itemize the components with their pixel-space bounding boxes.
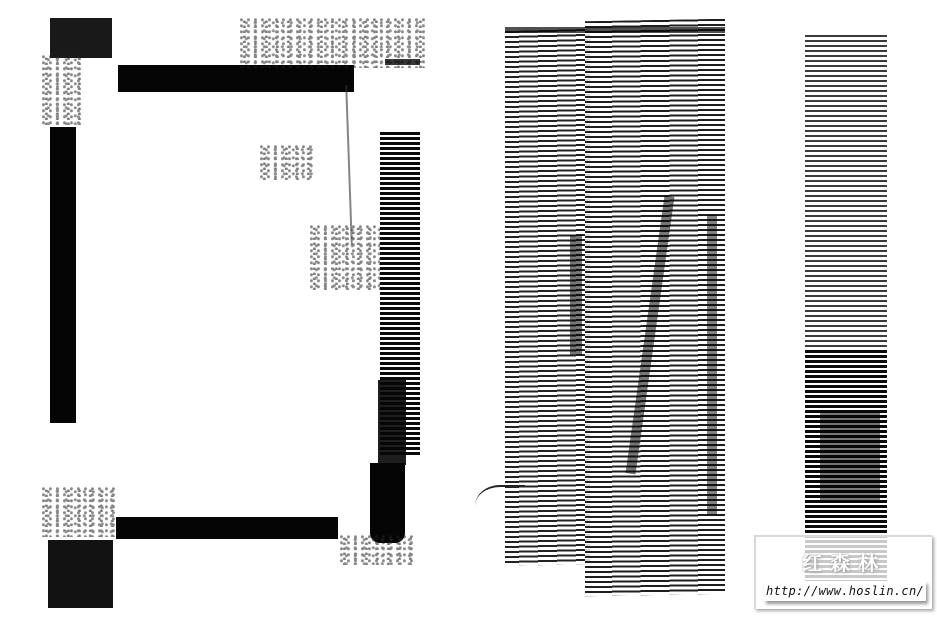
watermark-title: 红森林 [756,547,932,576]
vertical-tape-strip [800,30,890,590]
frame-center-smudge-2 [310,225,380,290]
tape-frame [40,15,425,610]
frame-bottom-bar [116,517,338,539]
frame-right-bar-lower [378,380,406,465]
crumpled-tape-strips [475,15,730,600]
frame-scratch-line [345,85,353,245]
frame-corner-top-left-grunge [42,55,82,125]
narrow-strip-dark-band [820,410,880,500]
frame-corner-bottom-right-grunge [340,535,415,565]
watermark-url: http://www.hoslin.cn/ [764,581,926,601]
frame-top-bar [118,65,354,92]
frame-top-right-fleck [385,59,420,65]
frame-corner-bottom-left [48,540,113,608]
frame-corner-top-left [50,18,112,58]
frame-center-smudge-1 [260,145,315,180]
tape-fold-shadow-3 [707,215,717,515]
tape-top-edge [505,27,725,33]
frame-bottom-left-grunge [42,487,117,537]
watermark: 红森林 http://www.hoslin.cn/ [754,535,932,609]
narrow-strip-upper [805,35,887,355]
frame-right-bottom-blob [370,463,405,543]
tape-curl-left [475,485,525,527]
tape-fold-shadow-1 [570,235,582,355]
frame-left-bar [50,127,76,423]
